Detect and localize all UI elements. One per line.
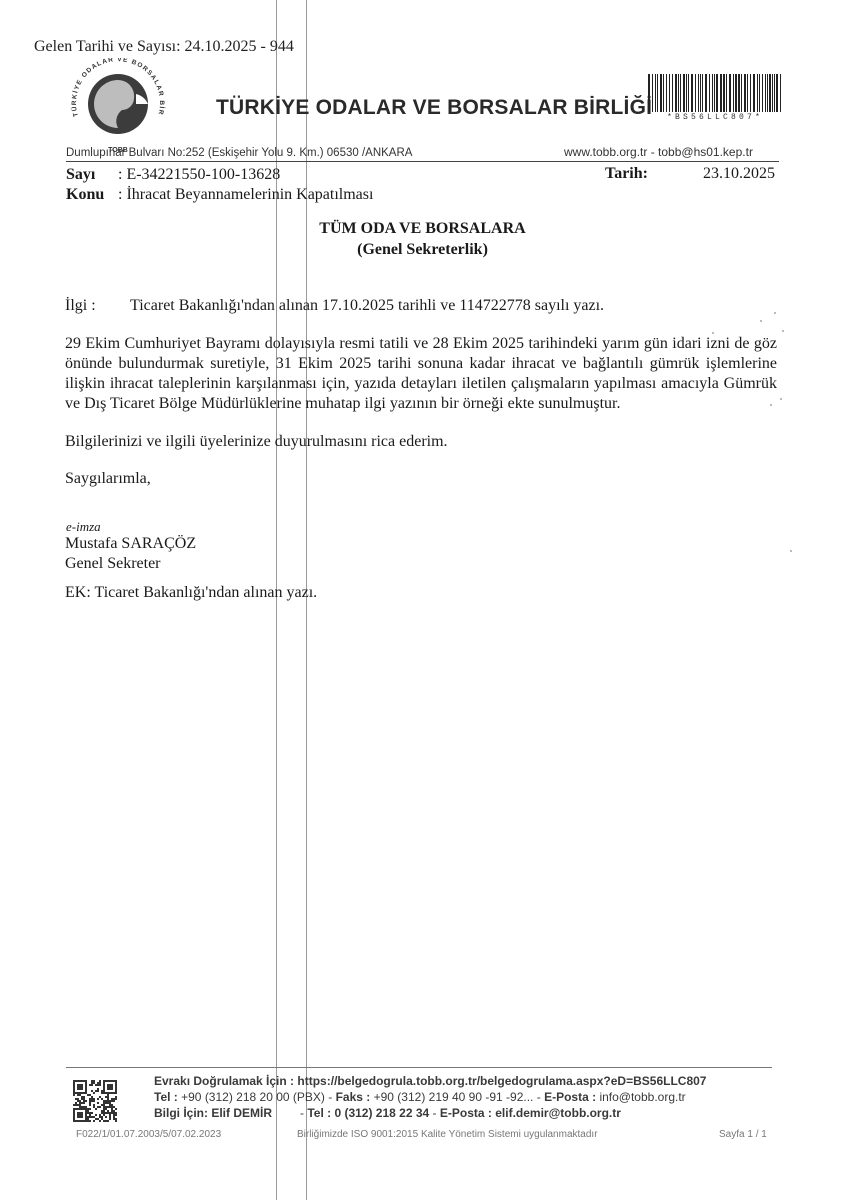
konu-value: : İhracat Beyannamelerinin Kapatılması	[118, 186, 373, 204]
verify-line: Evrakı Doğrulamak İçin : https://belgedo…	[154, 1074, 706, 1088]
faks-value: +90 (312) 219 40 90 -91 -92...	[374, 1090, 534, 1104]
tarih-value: 23.10.2025	[703, 165, 775, 183]
tel-value: +90 (312) 218 20 00 (PBX)	[181, 1090, 325, 1104]
sayi-value: : E-34221550-100-13628	[118, 166, 280, 184]
verify-url[interactable]: https://belgedogrula.tobb.org.tr/belgedo…	[297, 1074, 706, 1088]
footer-divider	[66, 1067, 772, 1068]
header-divider	[66, 161, 779, 162]
separator: -	[433, 1106, 440, 1120]
tel-label: Tel :	[154, 1090, 178, 1104]
separator: -	[537, 1090, 544, 1104]
closing-text: Saygılarımla,	[65, 470, 151, 488]
page-number: Sayfa 1 / 1	[719, 1129, 767, 1140]
e-signature-mark: e-imza	[66, 519, 101, 535]
faks-label: Faks :	[336, 1090, 371, 1104]
addressee-subtitle: (Genel Sekreterlik)	[0, 241, 847, 259]
signer-title: Genel Sekreter	[65, 555, 161, 573]
eposta-value[interactable]: info@tobb.org.tr	[599, 1090, 685, 1104]
ilgi-text: Ticaret Bakanlığı'ndan alınan 17.10.2025…	[130, 297, 604, 315]
qr-code-icon[interactable]	[73, 1080, 117, 1122]
attachment-note: EK: Ticaret Bakanlığı'ndan alınan yazı.	[65, 584, 317, 602]
tarih-label: Tarih:	[605, 165, 648, 183]
addressee-title: TÜM ODA VE BORSALARA	[0, 220, 847, 238]
info-contact: - Tel : 0 (312) 218 22 34 - E-Posta : el…	[300, 1106, 621, 1120]
info-line: Bilgi İçin: Elif DEMİR	[154, 1106, 272, 1120]
contact-line: Tel : +90 (312) 218 20 00 (PBX) - Faks :…	[154, 1090, 686, 1104]
verify-label: Evrakı Doğrulamak İçin :	[154, 1074, 294, 1088]
document-barcode	[647, 74, 783, 112]
tobb-logo: TOBB TÜRKİYE ODALAR VE BORSALAR BİRLİĞİ	[62, 58, 174, 156]
form-code: F022/1/01.07.2003/5/07.02.2023	[76, 1129, 221, 1140]
bilgi-eposta[interactable]: E-Posta : elif.demir@tobb.org.tr	[440, 1106, 621, 1120]
eposta-label: E-Posta :	[544, 1090, 596, 1104]
organization-name: TÜRKİYE ODALAR VE BORSALAR BİRLİĞİ	[216, 96, 652, 120]
sayi-label: Sayı	[66, 166, 95, 184]
bilgi-label: Bilgi İçin: Elif DEMİR	[154, 1106, 272, 1120]
received-stamp: Gelen Tarihi ve Sayısı: 24.10.2025 - 944	[34, 38, 294, 56]
bilgi-tel: Tel : 0 (312) 218 22 34	[307, 1106, 429, 1120]
organization-address: Dumlupınar Bulvarı No:252 (Eskişehir Yol…	[66, 147, 412, 159]
request-text: Bilgilerinizi ve ilgili üyelerinize duyu…	[65, 433, 448, 451]
ilgi-label: İlgi :	[65, 297, 96, 315]
separator: -	[328, 1090, 335, 1104]
body-paragraph: 29 Ekim Cumhuriyet Bayramı dolayısıyla r…	[65, 334, 777, 414]
konu-label: Konu	[66, 186, 104, 204]
signer-name: Mustafa SARAÇÖZ	[65, 535, 196, 553]
web-contact[interactable]: www.tobb.org.tr - tobb@hs01.kep.tr	[564, 145, 753, 159]
iso-notice: Birliğimizde ISO 9001:2015 Kalite Yöneti…	[297, 1129, 598, 1140]
barcode-text: *BS56LLC807*	[647, 113, 783, 122]
